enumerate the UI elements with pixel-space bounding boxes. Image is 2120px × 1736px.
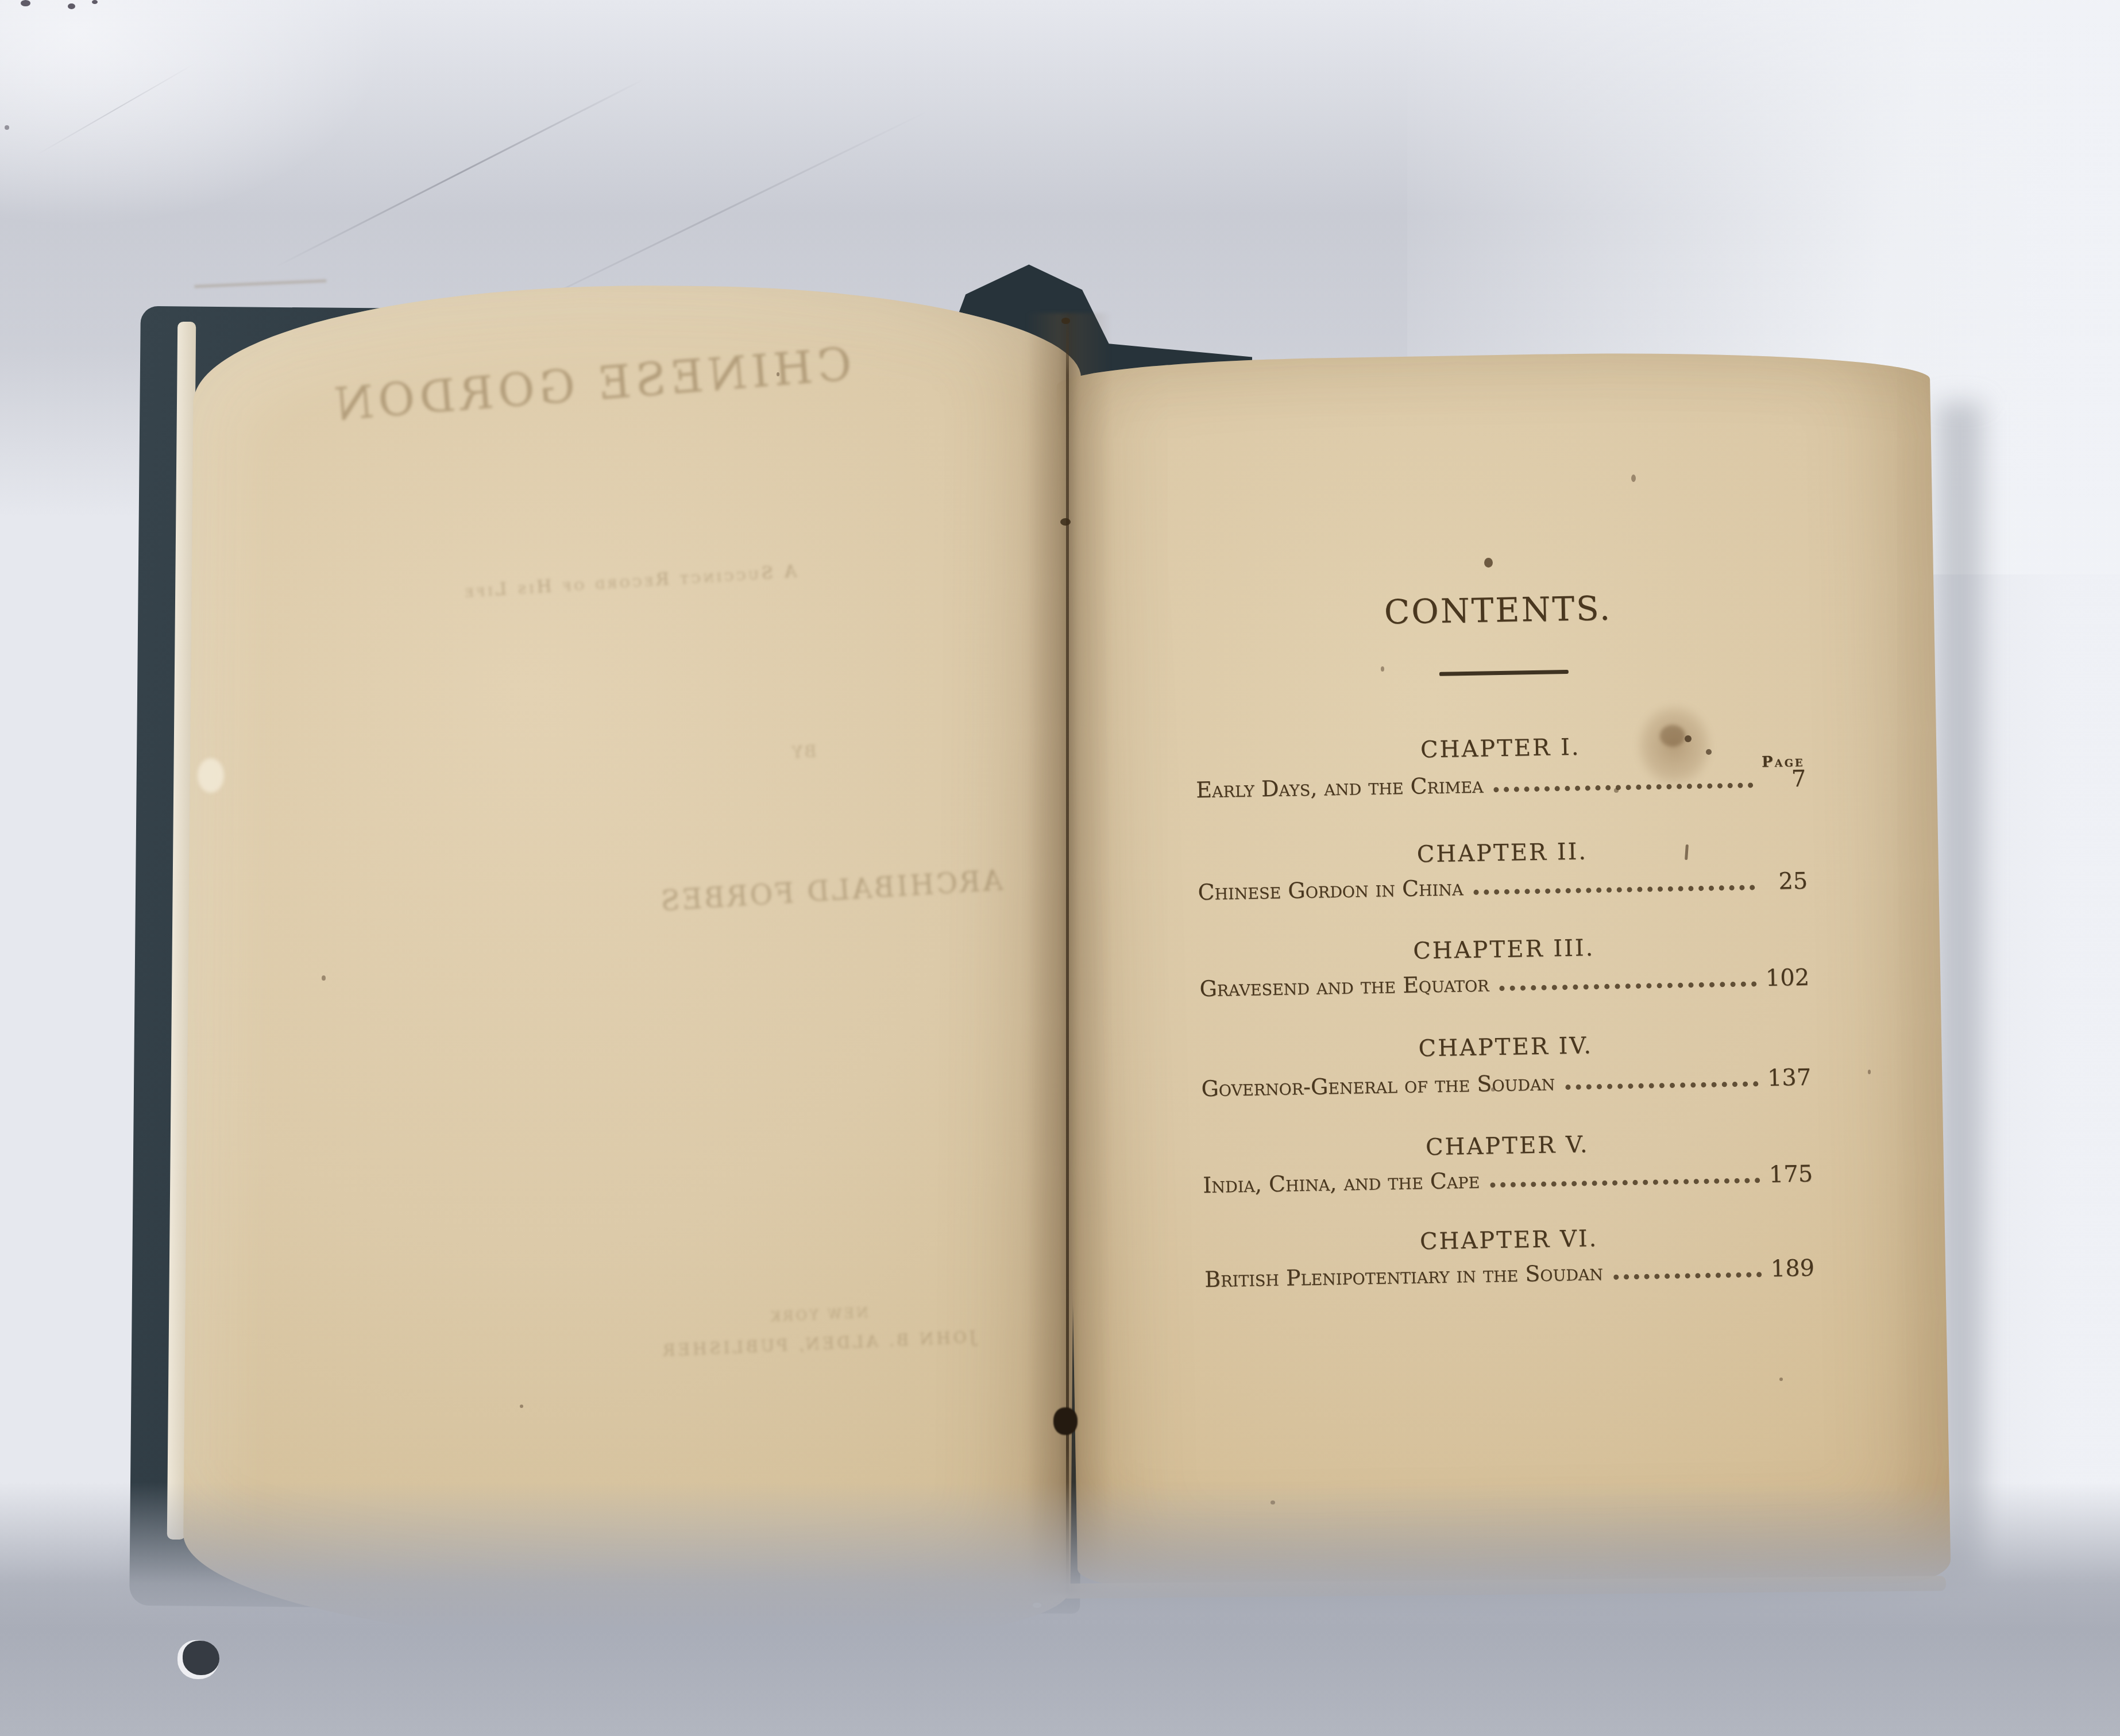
paper-chip	[198, 758, 224, 793]
dot-leader	[1490, 1178, 1760, 1187]
chapter-page-number: 175	[1768, 1161, 1813, 1188]
paper-fleck	[1779, 1378, 1783, 1381]
chapter-heading: CHAPTER V.	[1202, 1128, 1813, 1165]
table-of-contents: CONTENTS. Page CHAPTER I. Early Days, an…	[1192, 581, 1817, 1430]
right-page: CONTENTS. Page CHAPTER I. Early Days, an…	[1056, 348, 1951, 1598]
chapter-heading: CHAPTER III.	[1199, 931, 1809, 969]
ghost-mirrored-publisher: JOHN B. ALDEN, PUBLISHER	[651, 1327, 985, 1360]
chapter-page-number: 137	[1766, 1064, 1812, 1091]
debris-speck	[5, 125, 9, 130]
debris-speck	[68, 3, 75, 9]
chapter-title: Chinese Gordon in China	[1198, 875, 1463, 905]
ghost-mirrored-subtitle: A Succinct Record of His Life	[406, 558, 854, 605]
chapter-entry: India, China, and the Cape 175	[1203, 1161, 1813, 1198]
paper-fleck	[520, 1405, 523, 1408]
dot-leader	[1499, 981, 1756, 991]
chapter-heading: CHAPTER II.	[1197, 835, 1808, 872]
paper-fleck	[322, 975, 326, 981]
chapter-entry: Chinese Gordon in China 25	[1198, 868, 1808, 905]
paper-fleck	[777, 372, 779, 376]
chapter-page-number: 189	[1770, 1255, 1815, 1282]
debris-speck	[92, 0, 98, 4]
dot-leader	[1473, 885, 1755, 895]
debris-speck	[21, 0, 30, 6]
thread-knot	[1060, 518, 1071, 526]
contents-title: CONTENTS.	[1192, 585, 1803, 635]
contents-rule	[1439, 670, 1569, 676]
chapter-page-number: 7	[1761, 766, 1806, 793]
paper-fleck	[1631, 474, 1636, 482]
ink-spot	[1484, 558, 1493, 568]
paper-stain	[1660, 725, 1685, 747]
paper-fleck	[1868, 1070, 1871, 1074]
paper-fleck	[1491, 1087, 1495, 1091]
book-photo-scene: CHINESE GORDON A Succinct Record of His …	[0, 0, 2120, 1736]
left-page: CHINESE GORDON A Succinct Record of His …	[183, 281, 1082, 1652]
ghost-mirrored-book-title: CHINESE GORDON	[340, 339, 854, 431]
chapter-page-number: 25	[1763, 868, 1808, 895]
backdrop-topleft-light	[0, 0, 517, 322]
gutter-shading	[1027, 313, 1111, 1594]
binding-hole	[1053, 1407, 1078, 1435]
chapter-title: India, China, and the Cape	[1203, 1168, 1480, 1198]
ink-spot	[1614, 788, 1619, 793]
chapter-entry: Gravesend and the Equator 102	[1199, 965, 1810, 1002]
chapter-title: British Plenipotentiary in the Soudan	[1204, 1260, 1604, 1292]
chapter-entry: Governor-General of the Soudan 137	[1201, 1064, 1812, 1102]
dot-leader	[1613, 1272, 1762, 1280]
chapter-title: Governor-General of the Soudan	[1201, 1070, 1555, 1101]
chapter-entry: British Plenipotentiary in the Soudan 18…	[1204, 1255, 1815, 1293]
ghost-mirrored-byline: BY	[774, 741, 832, 763]
chapter-heading: CHAPTER VI.	[1204, 1222, 1814, 1259]
backdrop-bottom-shadow	[0, 1482, 2120, 1736]
chapter-title: Gravesend and the Equator	[1199, 971, 1489, 1001]
dot-leader	[1565, 1081, 1758, 1090]
chapter-title: Early Days, and the Crimea	[1196, 773, 1484, 803]
ghost-mirrored-author: ARCHIBALD FORBES	[646, 864, 1015, 919]
chapter-heading: CHAPTER IV.	[1200, 1029, 1811, 1066]
thread-knot	[1061, 318, 1070, 324]
ghost-mirrored-city: NEW YORK	[760, 1305, 876, 1326]
chapter-page-number: 102	[1764, 965, 1810, 992]
ink-spot	[1706, 749, 1712, 755]
ink-spot	[1685, 735, 1692, 742]
debris-blob	[183, 1641, 219, 1675]
paper-fleck	[1381, 666, 1384, 672]
